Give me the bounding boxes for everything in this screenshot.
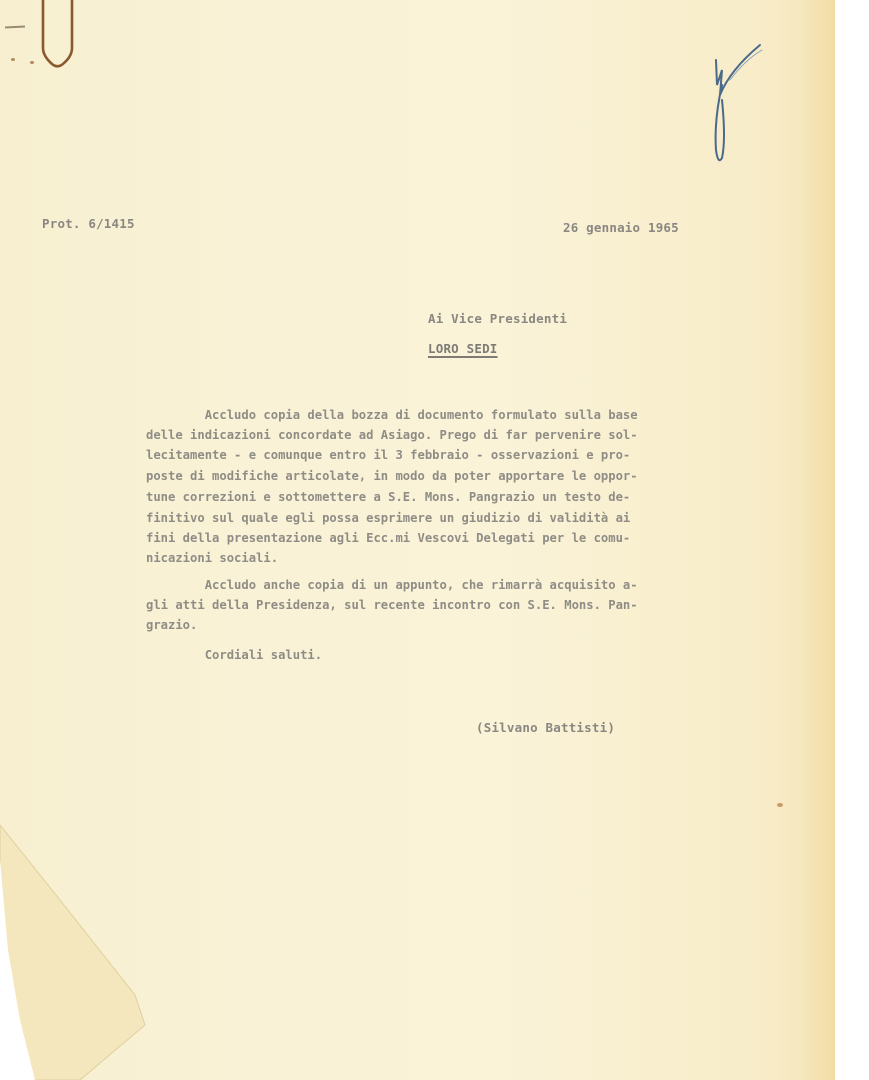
pencil-mark [5,25,25,28]
signature-name: (Silvano Battisti) [476,720,615,735]
body-line: tune correzioni e sottomettere a S.E. Mo… [146,490,630,504]
body-line: grazio. [146,618,197,632]
body-line: Accludo copia della bozza di documento f… [146,408,638,422]
closing-salutation: Cordiali saluti. [146,648,322,662]
body-line: poste di modifiche articolate, in modo d… [146,469,638,483]
letter-page: Prot. 6/1415 26 gennaio 1965 Ai Vice Pre… [0,0,835,1080]
body-line: delle indicazioni concordate ad Asiago. … [146,428,638,442]
paper-edge [800,0,835,1080]
body-line: Accludo anche copia di un appunto, che r… [146,578,638,592]
stain [777,803,783,807]
stain [11,58,15,61]
body-line: finitivo sul quale egli possa esprimere … [146,511,630,525]
handwritten-mark-icon [700,40,780,170]
folded-corner [0,800,160,1080]
recipient-location: LORO SEDI [428,341,498,356]
stain [30,61,34,64]
protocol-number: Prot. 6/1415 [42,216,135,231]
body-line: gli atti della Presidenza, sul recente i… [146,598,638,612]
paperclip-icon [38,0,78,70]
body-line: fini della presentazione agli Ecc.mi Ves… [146,531,630,545]
body-line: nicazioni sociali. [146,551,278,565]
recipient-line: Ai Vice Presidenti [428,311,567,326]
body-line: lecitamente - e comunque entro il 3 febb… [146,448,630,462]
letter-date: 26 gennaio 1965 [563,220,679,235]
